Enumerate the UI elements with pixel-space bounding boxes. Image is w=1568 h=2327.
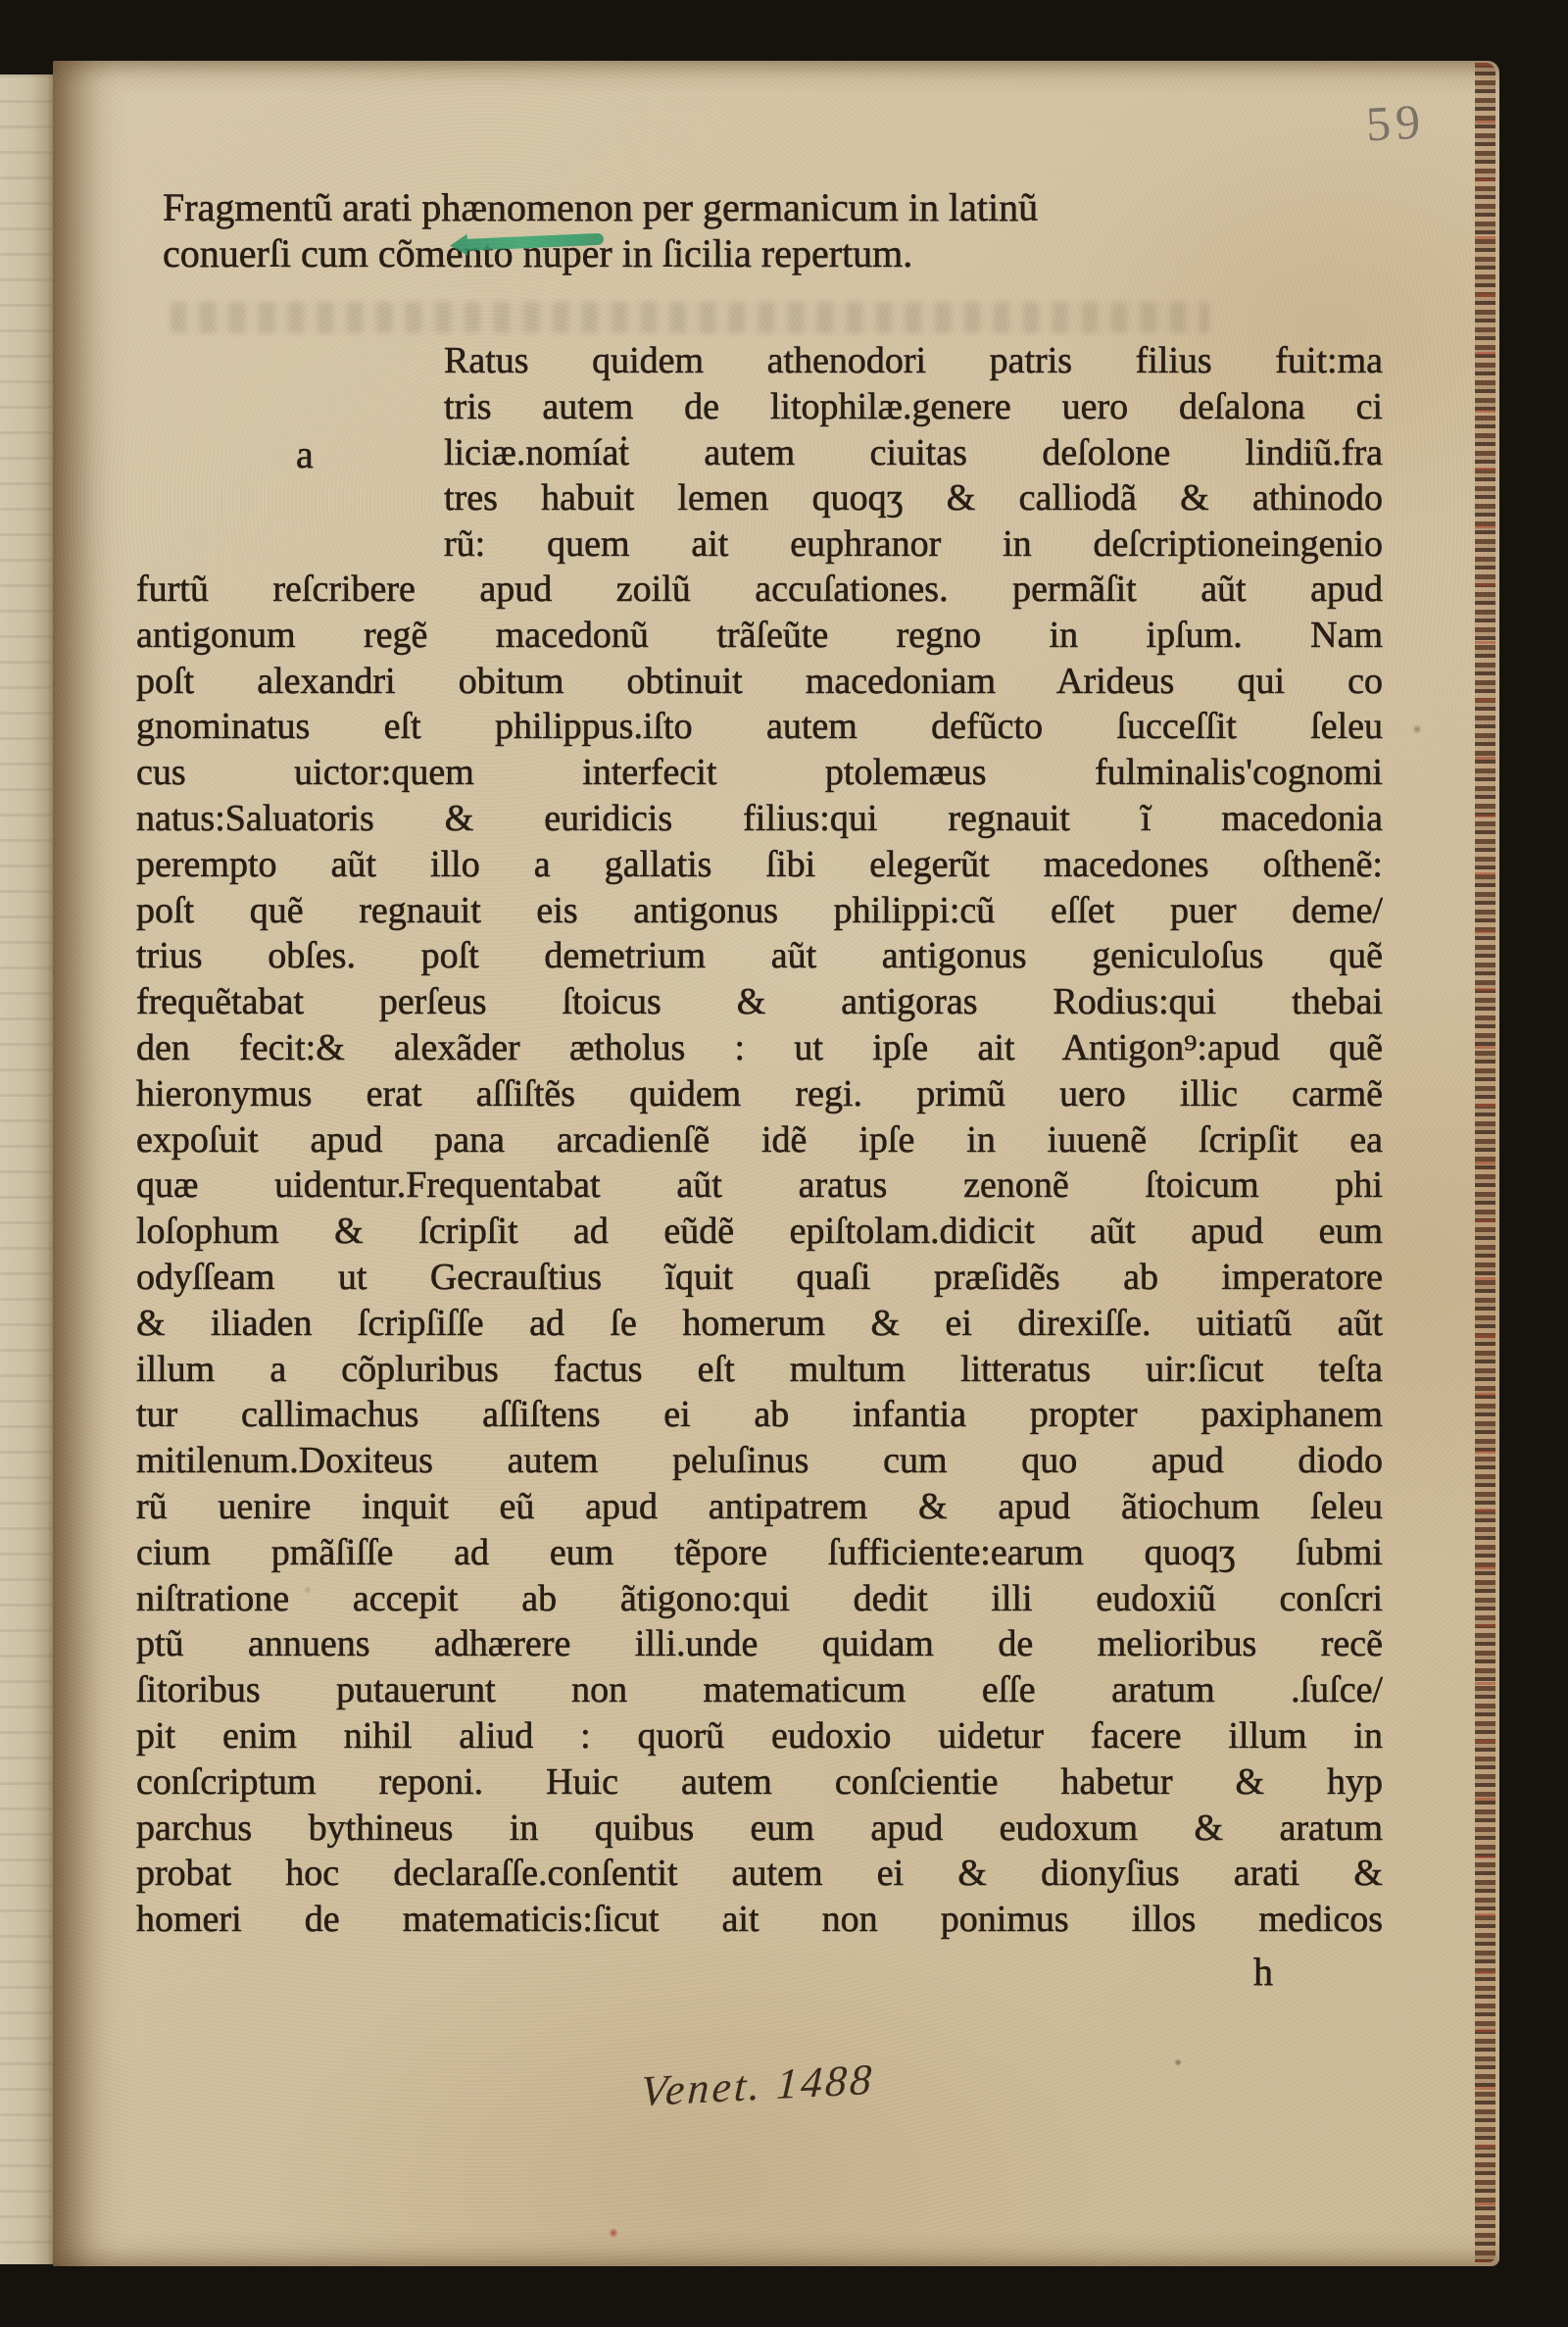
text-line: ſitoribus putauerunt non matematicum eſſ… (136, 1667, 1383, 1713)
text-line: odyſſeam ut Gecrauſtius ĩquit quaſi præſ… (136, 1255, 1383, 1301)
text-line: ptũ annuens adhærere illi.unde quidam de… (136, 1621, 1383, 1667)
text-line: trius obſes. poſt demetrium aũt antigonu… (136, 933, 1383, 979)
drop-cap-guide-letter: a (296, 431, 314, 477)
opening-paragraph: Ratus quidem athenodori patris filius fu… (444, 338, 1383, 568)
text-line: cus uictor:quem interfecit ptolemæus ful… (136, 750, 1383, 796)
heading-line: Fragmentũ arati phænomenon per germanicu… (163, 184, 1038, 230)
text-line: antigonum regẽ macedonũ trãſeũte regno i… (136, 613, 1383, 659)
text-line: den fecit:& alexãder ætholus : ut ipſe a… (136, 1025, 1383, 1071)
body-text: furtũ reſcribere apud zoilũ accuſationes… (136, 567, 1383, 1943)
text-line: gnominatus eſt philippus.iſto autem defũ… (136, 704, 1383, 750)
handwritten-annotation: Venet. 1488 (640, 2055, 876, 2117)
text-line: natus:Saluatoris & euridicis filius:qui … (136, 796, 1383, 842)
text-line: mitilenum.Doxiteus autem peluſinus cum q… (136, 1438, 1383, 1484)
text-line: hieronymus erat aſſiſtẽs quidem regi. pr… (136, 1071, 1383, 1117)
text-line: rũ: quem ait euphranor in deſcriptionein… (444, 521, 1383, 568)
text-line: rũ uenire inquit eũ apud antipatrem & ap… (136, 1484, 1383, 1530)
text-line: loſophum & ſcripſit ad eũdẽ epiſtolam.di… (136, 1209, 1383, 1255)
text-line: furtũ reſcribere apud zoilũ accuſationes… (136, 567, 1383, 613)
text-line: tris autem de litophilæ.genere uero deſa… (444, 384, 1383, 430)
text-line: expoſuit apud pana arcadienſẽ idẽ ipſe i… (136, 1117, 1383, 1163)
text-line: tres habuit lemen quoqʒ & calliodã & ath… (444, 475, 1383, 521)
text-line: poſt quẽ regnauit eis antigonus philippi… (136, 888, 1383, 934)
text-line: homeri de matematicis:ſicut ait non poni… (136, 1897, 1383, 1943)
text-line: cium pmãſiſſe ad eum tẽpore ſufficiente:… (136, 1530, 1383, 1576)
text-line: illum a cõpluribus factus eſt multum lit… (136, 1347, 1383, 1393)
text-line: perempto aũt illo a gallatis ſibi eleger… (136, 842, 1383, 888)
chapter-heading: Fragmentũ arati phænomenon per germanicu… (163, 184, 1038, 276)
text-line: liciæ.nomíaṫ autem ciuitas deſolone lind… (444, 430, 1383, 476)
text-line: conſcriptum reponi. Huic autem conſcient… (136, 1759, 1383, 1806)
text-line: pit enim nihil aliud : quorũ eudoxio uid… (136, 1713, 1383, 1759)
text-line: Ratus quidem athenodori patris filius fu… (444, 338, 1383, 384)
text-line: parchus bythineus in quibus eum apud eud… (136, 1806, 1383, 1852)
text-line: niſtratione accepit ab ãtigono:qui dedit… (136, 1576, 1383, 1622)
previous-page-edge (0, 74, 55, 2264)
signature-mark: h (1253, 1949, 1273, 1995)
folio-number: 59 (1365, 92, 1427, 152)
text-line: quæ uidentur.Frequentabat aũt aratus zen… (136, 1163, 1383, 1209)
ink-bleedthrough (171, 302, 1209, 333)
text-line: & iliaden ſcripſiſſe ad ſe homerum & ei … (136, 1301, 1383, 1347)
book-scan: 59 Fragmentũ arati phænomenon per german… (0, 0, 1568, 2327)
text-line: tur callimachus aſſiſtens ei ab infantia… (136, 1392, 1383, 1438)
book-page: 59 Fragmentũ arati phænomenon per german… (53, 61, 1499, 2266)
text-line: frequẽtabat perſeus ſtoicus & antigoras … (136, 979, 1383, 1025)
text-line: probat hoc declaraſſe.conſentit autem ei… (136, 1851, 1383, 1897)
page-fore-edge (1475, 63, 1495, 2262)
text-line: poſt alexandri obitum obtinuit macedonia… (136, 659, 1383, 705)
